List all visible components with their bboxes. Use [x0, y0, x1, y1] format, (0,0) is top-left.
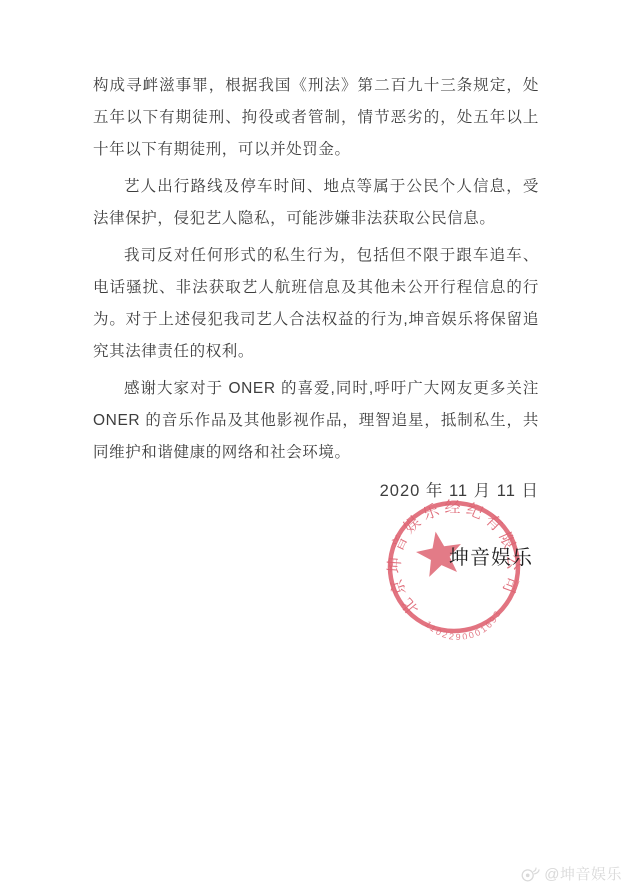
- weibo-logo-icon: [519, 864, 541, 883]
- watermark-label: @坤音娱乐: [544, 863, 622, 884]
- seal-serial-number: 1102290001693: [422, 606, 507, 648]
- statement-body: 构成寻衅滋事罪，根据我国《刑法》第二百九十三条规定，处五年以下有期徒刑、拘役或者…: [93, 70, 539, 474]
- signature-company-name: 坤音娱乐: [449, 541, 533, 570]
- paragraph-thanks: 感谢大家对于 ONER 的喜爱,同时,呼吁广大网友更多关注 ONER 的音乐作品…: [93, 373, 539, 469]
- statement-document: 构成寻衅滋事罪，根据我国《刑法》第二百九十三条规定，处五年以下有期徒刑、拘役或者…: [0, 0, 630, 891]
- paragraph-legal-penalty: 构成寻衅滋事罪，根据我国《刑法》第二百九十三条规定，处五年以下有期徒刑、拘役或者…: [93, 70, 539, 166]
- paragraph-company-position: 我司反对任何形式的私生行为，包括但不限于跟车追车、电话骚扰、非法获取艺人航班信息…: [93, 240, 539, 368]
- paragraph-personal-info: 艺人出行路线及停车时间、地点等属于公民个人信息，受法律保护，侵犯艺人隐私，可能涉…: [93, 171, 539, 235]
- weibo-watermark: @坤音娱乐: [519, 863, 622, 884]
- svg-text:1102290001693: 1102290001693: [422, 606, 507, 648]
